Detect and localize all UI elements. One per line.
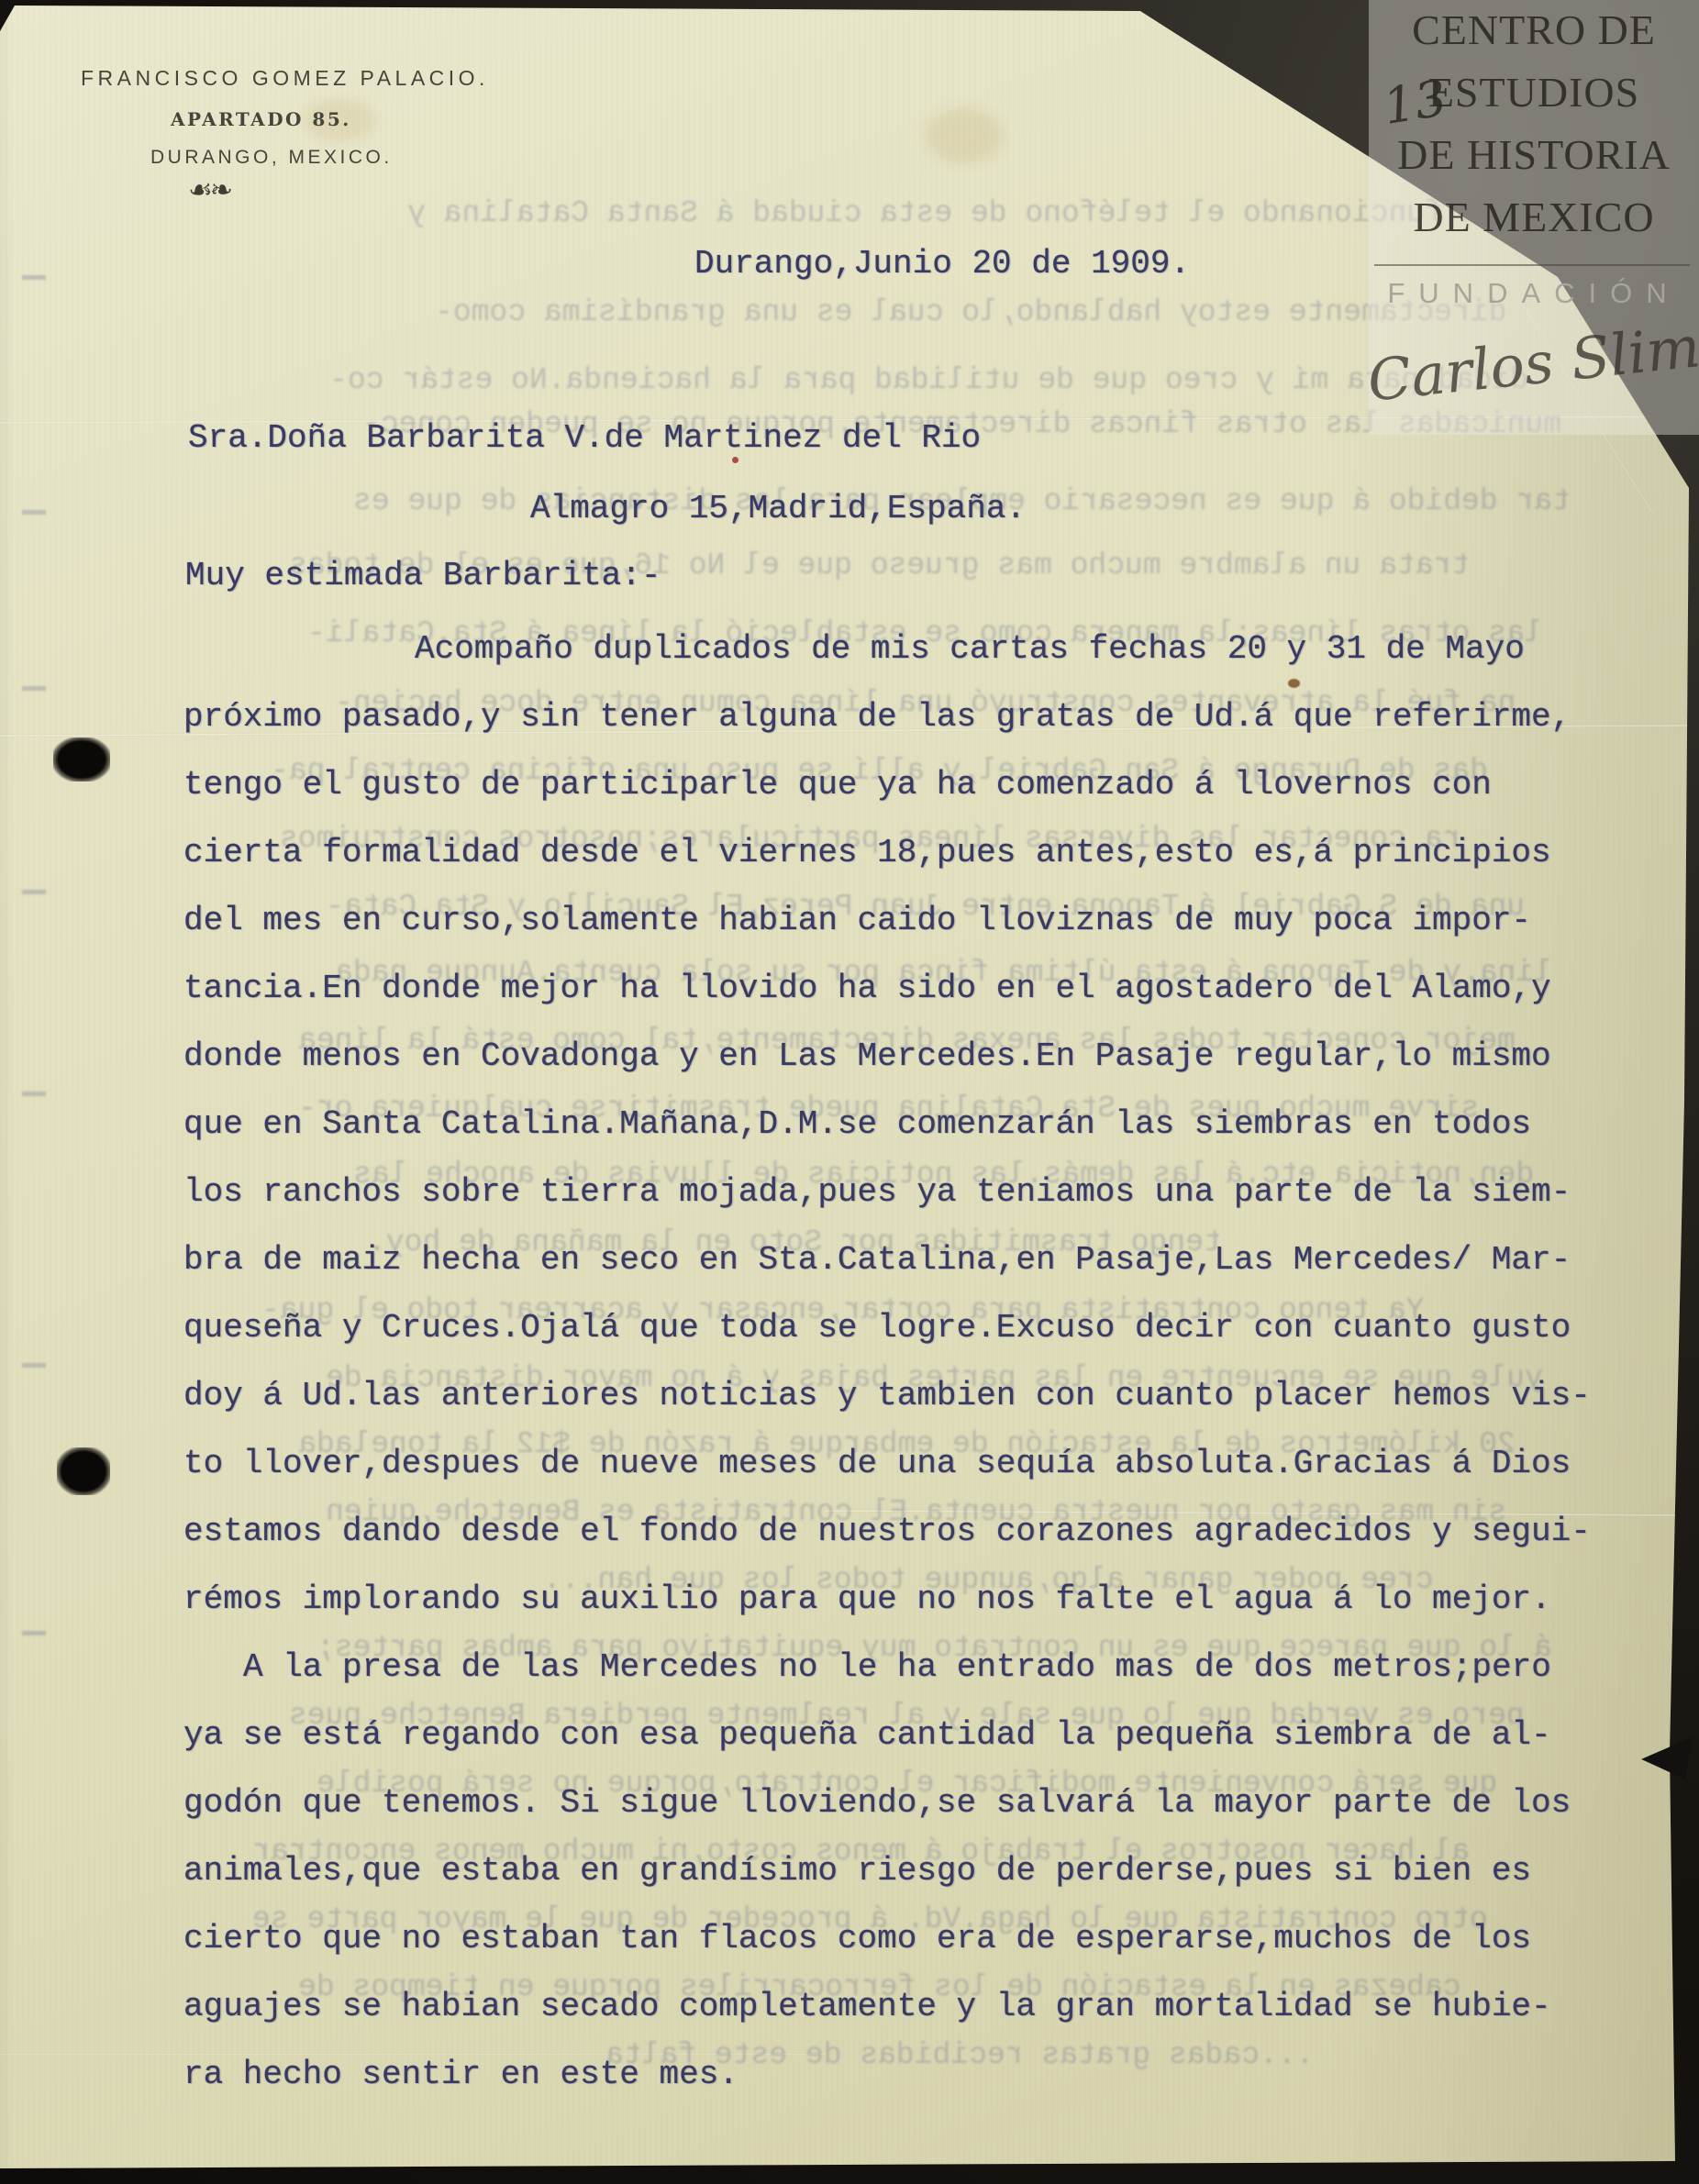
body-line: que en Santa Catalina.Mañana,D.M.se come… <box>183 1106 1531 1143</box>
bleedthrough-line: está funcionando el teléfono de esta ciu… <box>407 196 1534 230</box>
letterhead-city: DURANGO, MEXICO. <box>150 147 393 169</box>
body-line: donde menos en Covadonga y en Las Merced… <box>183 1038 1551 1075</box>
bleedthrough-line: directamente estoy hablando,lo cual es u… <box>435 295 1506 329</box>
body-line: doy á Ud.las anteriores noticias y tambi… <box>183 1378 1591 1414</box>
body-line: A la presa de las Mercedes no le ha entr… <box>183 1649 1551 1686</box>
body-line: ya se está regando con esa pequeña canti… <box>183 1717 1551 1754</box>
stain-top-center <box>925 108 1004 163</box>
punch-hole-top <box>53 737 110 782</box>
watermark-signature: Carlos Slim <box>1357 312 1699 415</box>
watermark-line: CENTRO DE <box>1369 6 1699 54</box>
body-line: bra de maiz hecha en seco en Sta.Catalin… <box>183 1242 1571 1279</box>
speck-red <box>732 457 738 463</box>
watermark-divider <box>1374 264 1690 266</box>
bleedthrough-hyphen <box>22 1363 46 1368</box>
dateline: Durango,Junio 20 de 1909. <box>694 246 1190 283</box>
watermark-line: DE HISTORIA <box>1369 130 1699 179</box>
body-line: animales,que estaba en grandísimo riesgo… <box>183 1853 1531 1890</box>
recipient-address: Almagro 15,Madrid,España. <box>530 491 1026 527</box>
watermark-foundation-label: FUNDACIÓN <box>1369 277 1699 310</box>
bleedthrough-hyphen <box>22 1631 46 1635</box>
handwritten-page-number: 13 <box>1379 69 1450 136</box>
body-line: to llover,despues de nueve meses de una … <box>183 1446 1571 1482</box>
letterhead-po-box: APARTADO 85. <box>171 108 351 130</box>
salutation: Muy estimada Barbarita:- <box>185 558 661 594</box>
body-line: del mes en curso,solamente habian caido … <box>183 903 1531 939</box>
bleedthrough-hyphen <box>22 686 46 691</box>
letterhead-flourish-ornament: ☙❧ <box>188 174 230 206</box>
punch-hole-bottom <box>57 1447 110 1495</box>
body-line: los ranchos sobre tierra mojada,pues ya … <box>183 1174 1571 1211</box>
body-line: cierto que no estaban tan flacos como er… <box>183 1921 1531 1957</box>
bleedthrough-hyphen <box>22 890 46 894</box>
body-line: aguajes se habian secado completamente y… <box>183 1989 1551 2025</box>
watermark-line: DE MEXICO <box>1369 193 1699 241</box>
body-line: tengo el gusto de participarle que ya ha… <box>183 767 1492 804</box>
body-line: estamos dando desde el fondo de nuestros… <box>183 1513 1591 1550</box>
bleedthrough-hyphen <box>22 510 46 515</box>
body-line: próximo pasado,y sin tener alguna de las… <box>183 699 1571 736</box>
bleedthrough-line: didad para mí y creo que de utilidad par… <box>329 363 1528 397</box>
bleedthrough-hyphen <box>22 275 46 280</box>
letterhead-name: FRANCISCO GOMEZ PALACIO. <box>81 66 489 91</box>
scanned-letter-page: FRANCISCO GOMEZ PALACIO. APARTADO 85. DU… <box>0 0 1699 2184</box>
body-line: queseña y Cruces.Ojalá que toda se logre… <box>183 1310 1571 1347</box>
body-line: Acompaño duplicados de mis cartas fechas… <box>183 631 1525 668</box>
body-line: ra hecho sentir en este mes. <box>183 2057 738 2093</box>
body-line: godón que tenemos. Si sigue lloviendo,se… <box>183 1785 1571 1822</box>
body-line: cierta formalidad desde el viernes 18,pu… <box>183 835 1551 871</box>
bleedthrough-hyphen <box>22 1092 46 1096</box>
recipient-name: Sra.Doña Barbarita V.de Martinez del Rio <box>188 420 981 457</box>
body-line: tancia.En donde mejor ha llovido ha sido… <box>183 970 1551 1007</box>
body-line: rémos implorando su auxilio para que no … <box>183 1581 1551 1618</box>
archive-watermark: CENTRO DE ESTUDIOS DE HISTORIA DE MEXICO… <box>1369 0 1699 435</box>
